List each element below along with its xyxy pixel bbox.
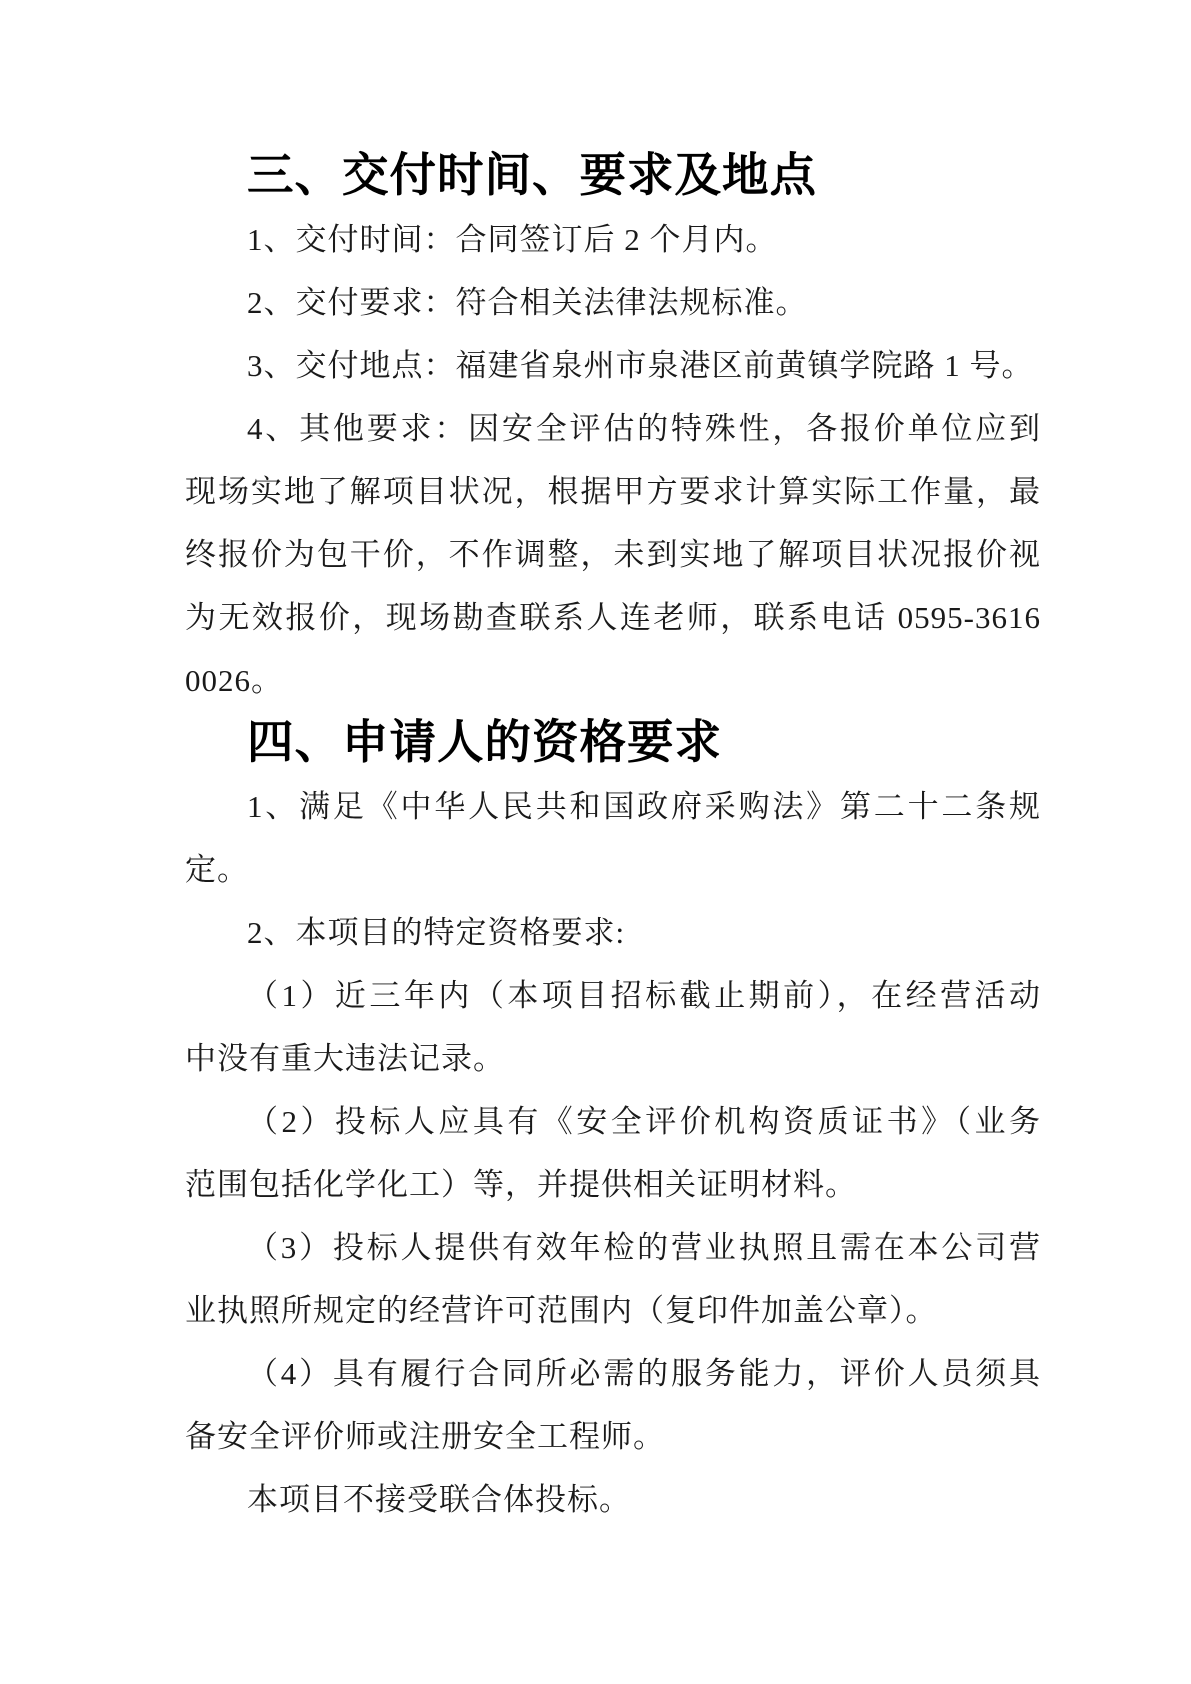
qualification-item-3-paragraph: （3）投标人提供有效年检的营业执照且需在本公司营 业执照所规定的经营许可范围内（… — [185, 1216, 1041, 1342]
section-4-heading: 四、申请人的资格要求 — [185, 712, 1041, 775]
delivery-requirement-item: 2、交付要求：符合相关法律法规标准。 — [185, 271, 1041, 334]
other-requirements-line-3: 终报价为包干价，不作调整，未到实地了解项目状况报价视 — [185, 523, 1041, 586]
qualification-item-4-line-1: （4）具有履行合同所必需的服务能力，评价人员须具 — [185, 1342, 1041, 1405]
delivery-time-item: 1、交付时间：合同签订后 2 个月内。 — [185, 208, 1041, 271]
qualification-item-3-line-1: （3）投标人提供有效年检的营业执照且需在本公司营 — [185, 1216, 1041, 1279]
qualification-item-1-paragraph: （1）近三年内（本项目招标截止期前），在经营活动 中没有重大违法记录。 — [185, 964, 1041, 1090]
other-requirements-paragraph: 4、其他要求：因安全评估的特殊性，各报价单位应到 现场实地了解项目状况，根据甲方… — [185, 397, 1041, 712]
no-consortium-bidding-note: 本项目不接受联合体投标。 — [185, 1468, 1041, 1531]
qualification-law-line-2: 定。 — [185, 838, 1041, 901]
section-3-heading: 三、交付时间、要求及地点 — [185, 145, 1041, 208]
document-page: 三、交付时间、要求及地点 1、交付时间：合同签订后 2 个月内。 2、交付要求：… — [185, 145, 1041, 1531]
qualification-item-4-line-2: 备安全评价师或注册安全工程师。 — [185, 1405, 1041, 1468]
specific-qualification-intro: 2、本项目的特定资格要求: — [185, 901, 1041, 964]
qualification-item-3-line-2: 业执照所规定的经营许可范围内（复印件加盖公章）。 — [185, 1279, 1041, 1342]
qualification-law-line-1: 1、满足《中华人民共和国政府采购法》第二十二条规 — [185, 775, 1041, 838]
section-delivery: 三、交付时间、要求及地点 1、交付时间：合同签订后 2 个月内。 2、交付要求：… — [185, 145, 1041, 712]
qualification-item-2-paragraph: （2）投标人应具有《安全评价机构资质证书》（业务 范围包括化学化工）等，并提供相… — [185, 1090, 1041, 1216]
other-requirements-line-2: 现场实地了解项目状况，根据甲方要求计算实际工作量，最 — [185, 460, 1041, 523]
section-qualification: 四、申请人的资格要求 1、满足《中华人民共和国政府采购法》第二十二条规 定。 2… — [185, 712, 1041, 1531]
qualification-item-1-line-2: 中没有重大违法记录。 — [185, 1027, 1041, 1090]
qualification-item-2-line-1: （2）投标人应具有《安全评价机构资质证书》（业务 — [185, 1090, 1041, 1153]
qualification-item-1-line-1: （1）近三年内（本项目招标截止期前），在经营活动 — [185, 964, 1041, 1027]
qualification-item-4-paragraph: （4）具有履行合同所必需的服务能力，评价人员须具 备安全评价师或注册安全工程师。 — [185, 1342, 1041, 1468]
other-requirements-line-4: 为无效报价，现场勘查联系人连老师，联系电话 0595-3616 — [185, 586, 1041, 649]
other-requirements-line-1: 4、其他要求：因安全评估的特殊性，各报价单位应到 — [185, 397, 1041, 460]
qualification-law-paragraph: 1、满足《中华人民共和国政府采购法》第二十二条规 定。 — [185, 775, 1041, 901]
delivery-location-item: 3、交付地点：福建省泉州市泉港区前黄镇学院路 1 号。 — [185, 334, 1041, 397]
qualification-item-2-line-2: 范围包括化学化工）等，并提供相关证明材料。 — [185, 1153, 1041, 1216]
other-requirements-line-5: 0026。 — [185, 649, 1041, 712]
